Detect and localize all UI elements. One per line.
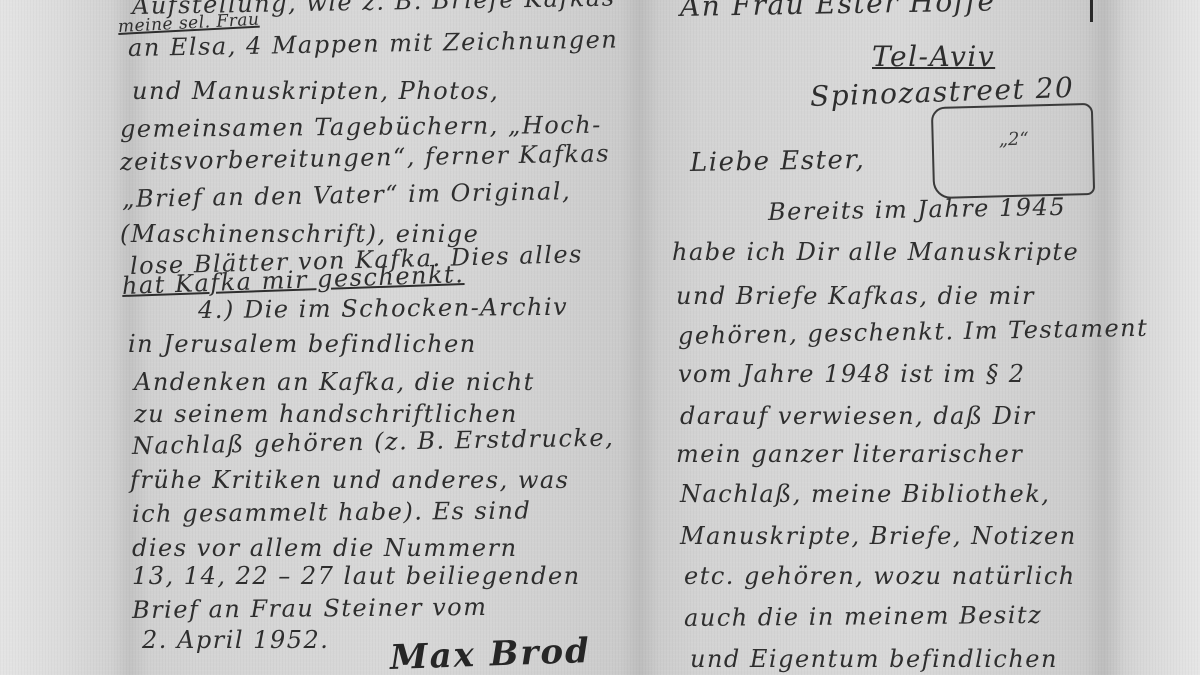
text-line: Manuskripte, Briefe, Notizen bbox=[680, 522, 1077, 550]
text-line: frühe Kritiken und anderes, was bbox=[130, 466, 570, 494]
text-line: gehören, geschenkt. Im Testament bbox=[678, 314, 1149, 350]
recipient-line: An Frau Ester Hoffe bbox=[680, 0, 996, 23]
boxed-annotation: „2“ bbox=[931, 103, 1095, 199]
text-line: dies vor allem die Nummern bbox=[132, 534, 518, 562]
text-line: und Manuskripten, Photos, bbox=[132, 77, 499, 105]
text-line: gemeinsamen Tagebüchern, „Hoch- bbox=[120, 111, 602, 143]
text-line: „Brief an den Vater“ im Original, bbox=[122, 177, 572, 213]
text-line: auch die in meinem Besitz bbox=[684, 601, 1042, 632]
text-line: mein ganzer literarischer bbox=[676, 440, 1023, 468]
text-line: und Eigentum befindlichen bbox=[690, 645, 1058, 673]
text-line: Bereits im Jahre 1945 bbox=[768, 193, 1067, 226]
text-line: habe ich Dir alle Manuskripte bbox=[672, 238, 1079, 266]
text-line: Nachlaß, meine Bibliothek, bbox=[680, 480, 1050, 508]
text-line: 13, 14, 22 – 27 laut beiliegenden bbox=[132, 562, 581, 590]
text-line: in Jerusalem befindlichen bbox=[128, 330, 477, 358]
left-page: Aufstellung, wie z. B. Briefe Kafkas mei… bbox=[110, 0, 650, 675]
text-line: Nachlaß gehören (z. B. Erstdrucke, bbox=[132, 424, 615, 460]
right-page: An Frau Ester Hoffe Tel-Aviv Spinozastre… bbox=[650, 0, 1150, 675]
text-line: 4.) Die im Schocken-Archiv bbox=[198, 293, 568, 324]
text-line: vom Jahre 1948 ist im § 2 bbox=[678, 360, 1026, 388]
text-line: und Briefe Kafkas, die mir bbox=[676, 282, 1035, 310]
salutation: Liebe Ester, bbox=[690, 145, 866, 178]
text-line: ich gesammelt habe). Es sind bbox=[132, 497, 532, 528]
signature: Max Brod bbox=[389, 631, 591, 675]
address-city: Tel-Aviv bbox=[872, 40, 995, 73]
annotation-mark: „2“ bbox=[998, 129, 1029, 151]
text-line: zu seinem handschriftlichen bbox=[134, 400, 518, 428]
text-line: etc. gehören, wozu natürlich bbox=[684, 562, 1076, 590]
text-line: darauf verwiesen, daß Dir bbox=[680, 402, 1036, 430]
scanned-letter: Aufstellung, wie z. B. Briefe Kafkas mei… bbox=[0, 0, 1200, 675]
text-line: Andenken an Kafka, die nicht bbox=[134, 368, 535, 396]
text-line: zeitsvorbereitungen“, ferner Kafkas bbox=[120, 139, 611, 176]
text-line: Brief an Frau Steiner vom bbox=[132, 593, 488, 624]
text-line: 2. April 1952. bbox=[142, 626, 329, 654]
